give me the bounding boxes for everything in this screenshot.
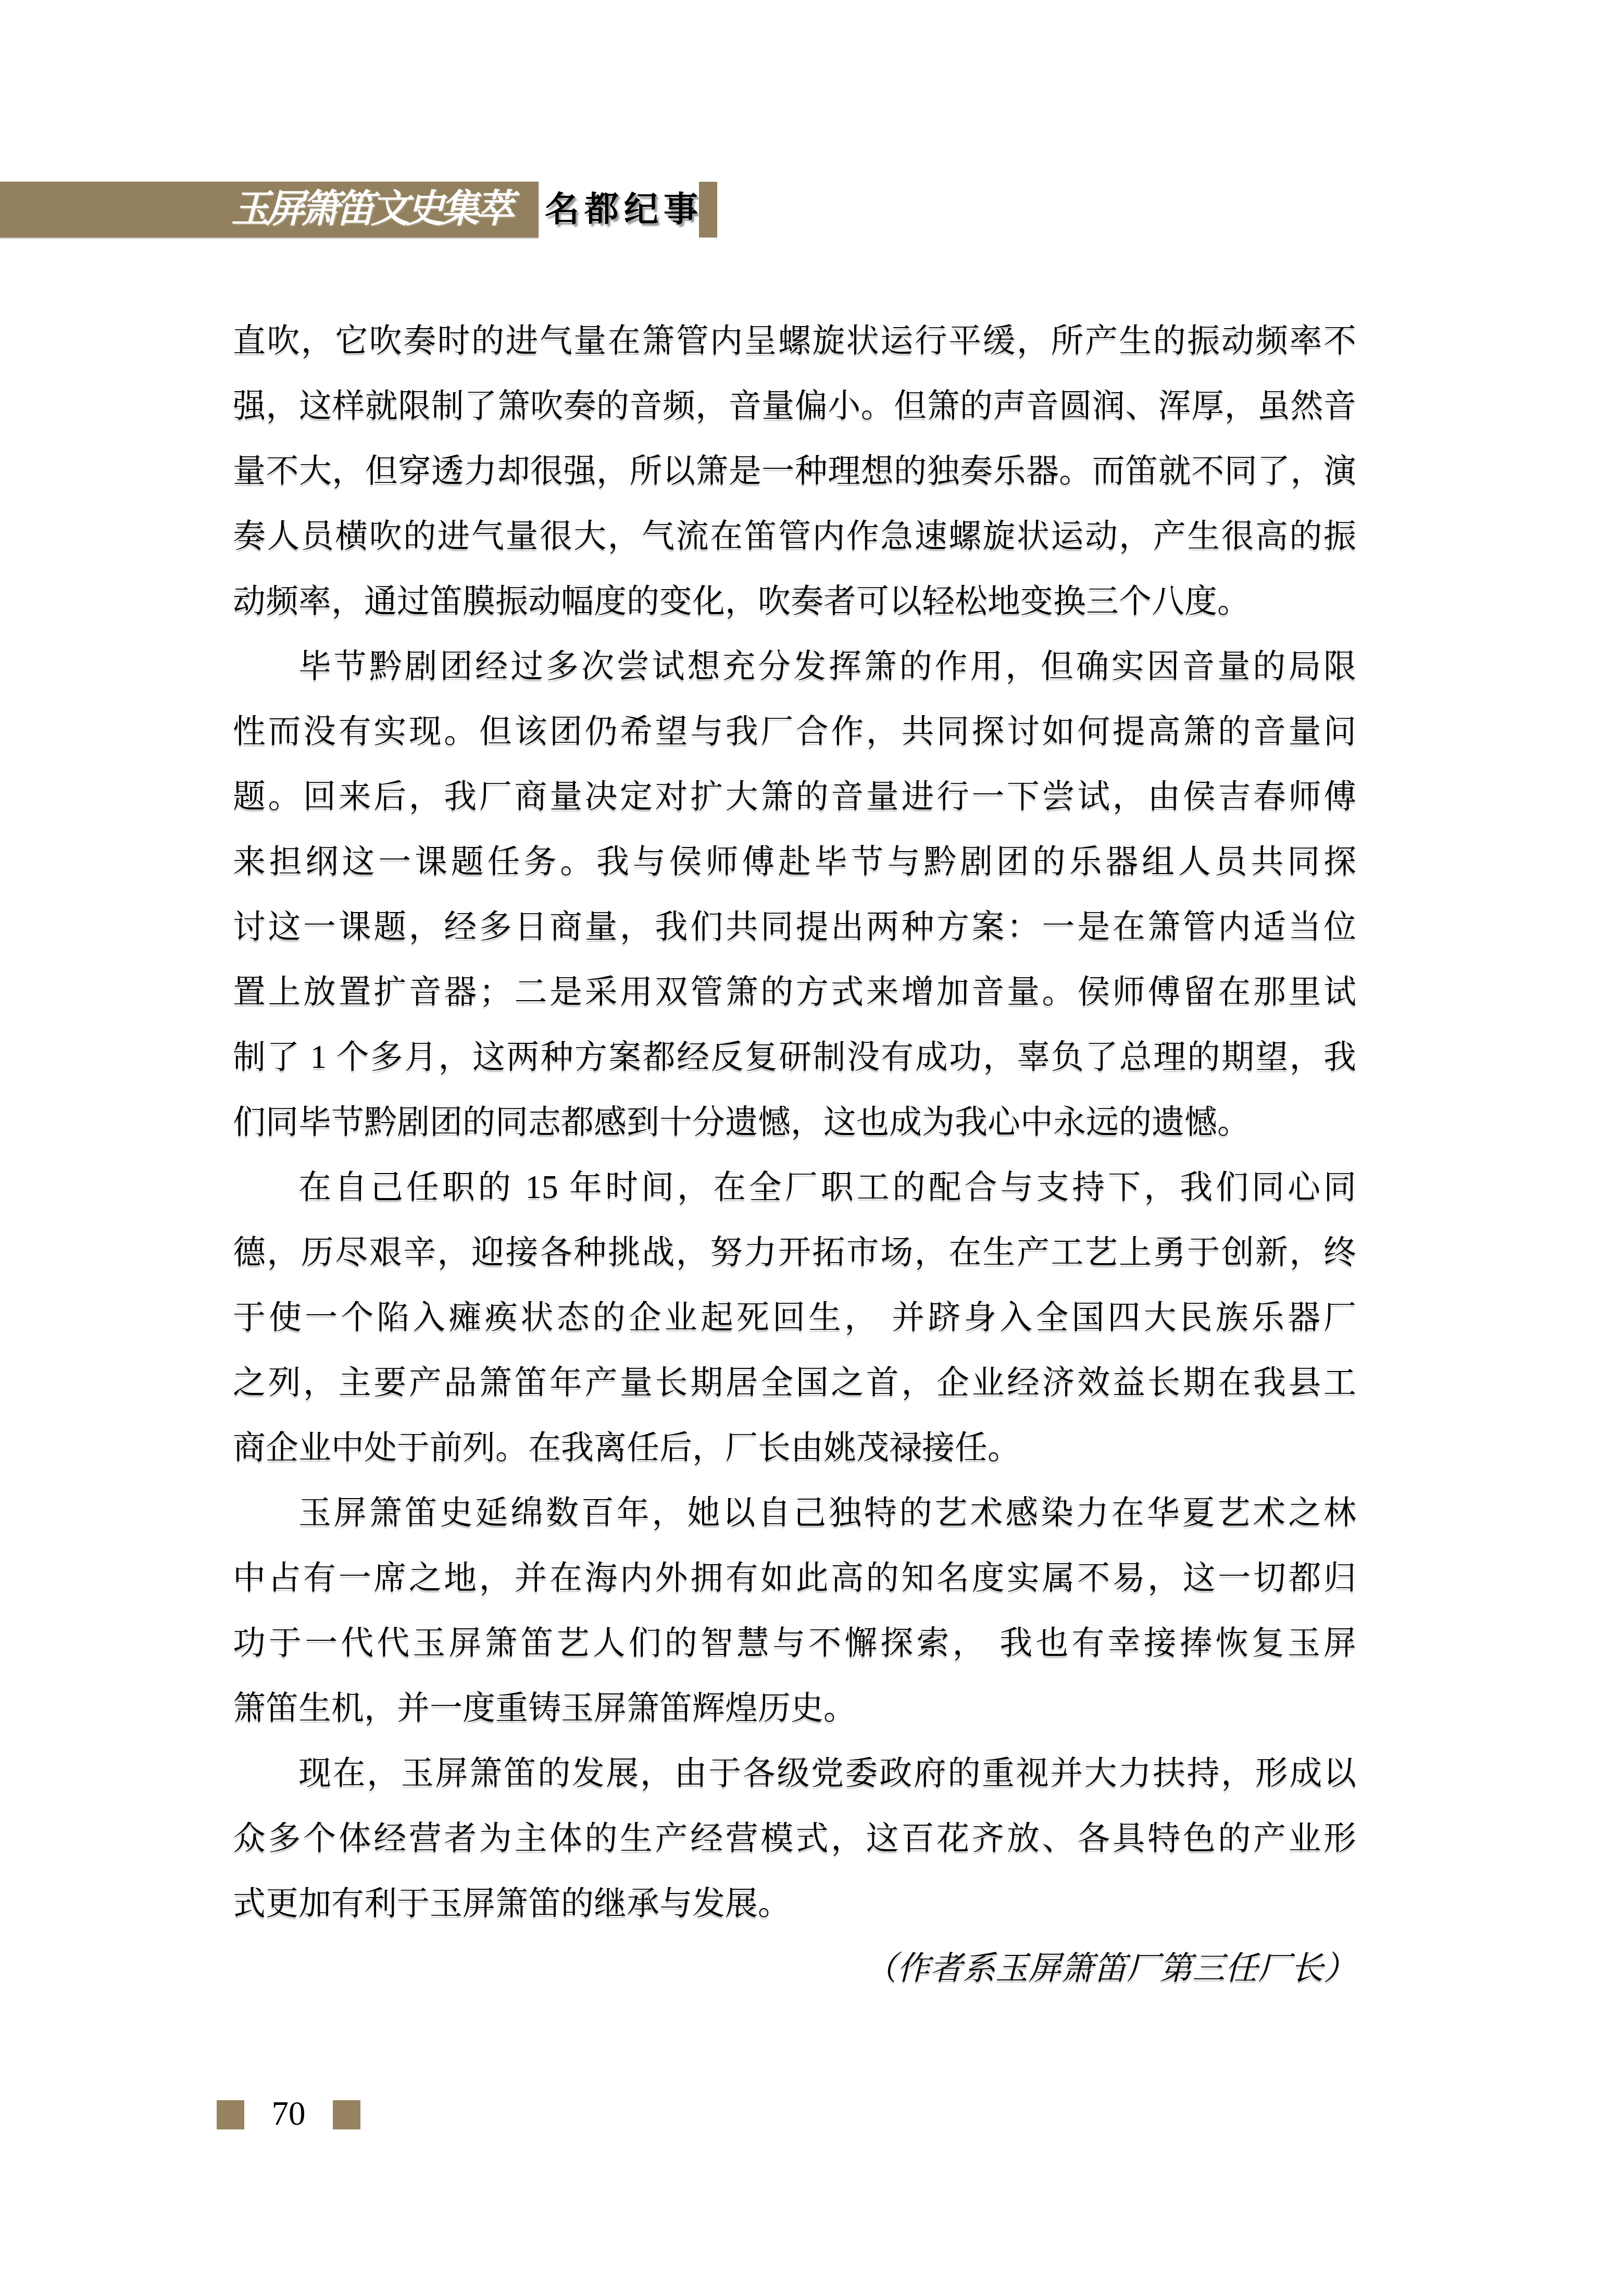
text-line: 德，历尽艰辛，迎接各种挑战，努力开拓市场，在生产工艺上勇于创新，终	[233, 1220, 1356, 1285]
page-number: 70	[244, 2094, 333, 2134]
text-line: 现在，玉屏箫笛的发展，由于各级党委政府的重视并大力扶持，形成以	[233, 1741, 1356, 1806]
text-line: 强，这样就限制了箫吹奏的音频，音量偏小。但箫的声音圆润、浑厚，虽然音	[233, 373, 1356, 439]
text-line: 性而没有实现。但该团仍希望与我厂合作，共同探讨如何提高箫的音量问	[233, 699, 1356, 764]
banner-calligraphy-title: 玉屏箫笛文史集萃	[231, 182, 510, 238]
text-line: 置上放置扩音器；二是采用双管箫的方式来增加音量。侯师傅留在那里试	[233, 959, 1356, 1025]
text-line: 直吹，它吹奏时的进气量在箫管内呈螺旋状运行平缓，所产生的振动频率不	[233, 308, 1356, 373]
footer-right-square	[333, 2100, 360, 2129]
text-line: （作者系玉屏箫笛厂第三任厂长）	[233, 1936, 1356, 2001]
text-line: 讨这一课题，经多日商量，我们共同提出两种方案：一是在箫管内适当位	[233, 894, 1356, 959]
text-line: 于使一个陷入瘫痪状态的企业起死回生， 并跻身入全国四大民族乐器厂	[233, 1285, 1356, 1350]
header-accent-bar	[699, 182, 717, 238]
header-banner: 玉屏箫笛文史集萃	[0, 182, 539, 238]
section-title: 名都纪事	[545, 182, 703, 238]
text-line: 功于一代代玉屏箫笛艺人们的智慧与不懈探索， 我也有幸接捧恢复玉屏	[233, 1611, 1356, 1676]
text-line: 箫笛生机，并一度重铸玉屏箫笛辉煌历史。	[233, 1676, 1356, 1741]
text-line: 之列，主要产品箫笛年产量长期居全国之首，企业经济效益长期在我县工	[233, 1350, 1356, 1415]
text-line: 众多个体经营者为主体的生产经营模式，这百花齐放、各具特色的产业形	[233, 1806, 1356, 1871]
text-line: 量不大，但穿透力却很强，所以箫是一种理想的独奏乐器。而笛就不同了，演	[233, 439, 1356, 504]
text-line: 题。回来后，我厂商量决定对扩大箫的音量进行一下尝试，由侯吉春师傅	[233, 764, 1356, 829]
text-line: 制了 1 个多月，这两种方案都经反复研制没有成功，辜负了总理的期望，我	[233, 1025, 1356, 1090]
text-line: 们同毕节黔剧团的同志都感到十分遗憾，这也成为我心中永远的遗憾。	[233, 1090, 1356, 1155]
footer-left-square	[217, 2100, 244, 2129]
text-line: 式更加有利于玉屏箫笛的继承与发展。	[233, 1871, 1356, 1936]
text-line: 中占有一席之地，并在海内外拥有如此高的知名度实属不易，这一切都归	[233, 1545, 1356, 1611]
text-line: 来担纲这一课题任务。我与侯师傅赴毕节与黔剧团的乐器组人员共同探	[233, 829, 1356, 894]
body-text: 直吹，它吹奏时的进气量在箫管内呈螺旋状运行平缓，所产生的振动频率不强，这样就限制…	[233, 308, 1356, 2001]
text-line: 奏人员横吹的进气量很大，气流在笛管内作急速螺旋状运动，产生很高的振	[233, 504, 1356, 569]
text-line: 玉屏箫笛史延绵数百年，她以自己独特的艺术感染力在华夏艺术之林	[233, 1480, 1356, 1545]
page: { "theme": { "banner_color": "#92805E", …	[0, 0, 1624, 2269]
text-line: 在自己任职的 15 年时间，在全厂职工的配合与支持下，我们同心同	[233, 1155, 1356, 1220]
text-line: 毕节黔剧团经过多次尝试想充分发挥箫的作用，但确实因音量的局限	[233, 634, 1356, 699]
text-line: 商企业中处于前列。在我离任后，厂长由姚茂禄接任。	[233, 1415, 1356, 1480]
text-line: 动频率，通过笛膜振动幅度的变化，吹奏者可以轻松地变换三个八度。	[233, 569, 1356, 634]
